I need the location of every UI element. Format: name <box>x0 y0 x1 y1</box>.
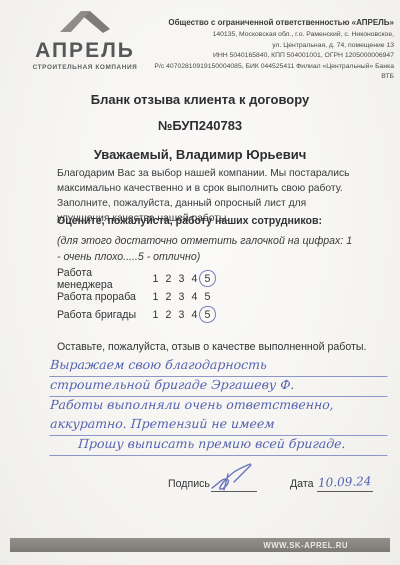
scale-number: 1 <box>149 291 162 303</box>
scale-number-circled: 5 <box>201 309 214 321</box>
handwritten-line: аккуратно. Претензий не имеем <box>49 416 388 436</box>
handwritten-line: Выражаем свою благодарность <box>49 357 388 377</box>
rating-scale: 1 2 3 4 5 <box>149 273 214 285</box>
scale-number: 2 <box>162 309 175 321</box>
rating-row-crew: Работа бригады 1 2 3 4 5 <box>57 308 214 321</box>
company-address-1: 140135, Московская обл., г.о. Раменский,… <box>144 30 394 41</box>
feedback-form-scan: АПРЕЛЬ СТРОИТЕЛЬНАЯ КОМПАНИЯ Общество с … <box>0 0 400 565</box>
rate-note: (для этого достаточно отметить галочкой … <box>57 233 357 265</box>
title-block: Бланк отзыва клиента к договору №БУП2407… <box>0 92 400 162</box>
handwritten-line: строительной бригаде Эргашеву Ф. <box>49 377 388 397</box>
contract-number: №БУП240783 <box>0 118 400 133</box>
company-registration: ИНН 5040165840, КПП 504001001, ОГРН 1205… <box>144 51 394 62</box>
rating-scale: 1 2 3 4 5 <box>149 291 214 303</box>
company-logo: АПРЕЛЬ СТРОИТЕЛЬНАЯ КОМПАНИЯ <box>26 8 144 71</box>
company-legal-name: Общество с ограниченной ответственностью… <box>144 18 394 27</box>
date-underline <box>317 491 373 492</box>
rating-scale: 1 2 3 4 5 <box>149 309 214 321</box>
roof-logo-icon <box>58 20 112 37</box>
scale-number: 3 <box>175 273 188 285</box>
scale-number: 2 <box>162 273 175 285</box>
scale-number: 4 <box>188 291 201 303</box>
handwritten-line: Работы выполняли очень ответственно, <box>49 397 388 416</box>
rating-label: Работа менеджера <box>57 267 149 291</box>
scale-number: 1 <box>149 273 162 285</box>
handwritten-line: Прошу выписать премию всей бригаде. <box>49 436 388 456</box>
logo-title: АПРЕЛЬ <box>26 40 144 61</box>
rating-row-manager: Работа менеджера 1 2 3 4 5 <box>57 272 214 285</box>
company-address-2: ул. Центральная, д. 74, помещение 13 <box>144 41 394 52</box>
scale-number: 5 <box>201 291 214 303</box>
scale-number: 3 <box>175 309 188 321</box>
company-details: Общество с ограниченной ответственностью… <box>144 18 394 83</box>
scale-number-circled: 5 <box>201 273 214 285</box>
handwritten-date: 10.09.24 <box>318 474 372 490</box>
greeting: Уважаемый, Владимир Юрьевич <box>0 147 400 162</box>
rating-label: Работа бригады <box>57 309 149 321</box>
footer-bar: WWW.SK-APREL.RU <box>10 538 390 552</box>
form-title: Бланк отзыва клиента к договору <box>0 92 400 107</box>
company-bank: Р/с 40702810919150004085, БИК 044525411 … <box>144 62 394 83</box>
review-prompt: Оставьте, пожалуйста, отзыв о качестве в… <box>57 341 366 353</box>
rating-label: Работа прораба <box>57 291 149 303</box>
scale-number: 2 <box>162 291 175 303</box>
signature-mark <box>204 460 262 499</box>
scale-number: 3 <box>175 291 188 303</box>
handwritten-review: Выражаем свою благодарность строительной… <box>50 357 388 456</box>
logo-subtitle: СТРОИТЕЛЬНАЯ КОМПАНИЯ <box>26 64 144 71</box>
scale-number: 1 <box>149 309 162 321</box>
ratings-list: Работа менеджера 1 2 3 4 5 Работа прораб… <box>57 272 214 326</box>
scale-number: 4 <box>188 309 201 321</box>
rate-prompt: Оцените, пожалуйста, работу наших сотруд… <box>57 215 322 227</box>
website-url: WWW.SK-APREL.RU <box>263 541 348 550</box>
date-label: Дата <box>290 478 313 490</box>
scale-number: 4 <box>188 273 201 285</box>
rating-row-foreman: Работа прораба 1 2 3 4 5 <box>57 290 214 303</box>
